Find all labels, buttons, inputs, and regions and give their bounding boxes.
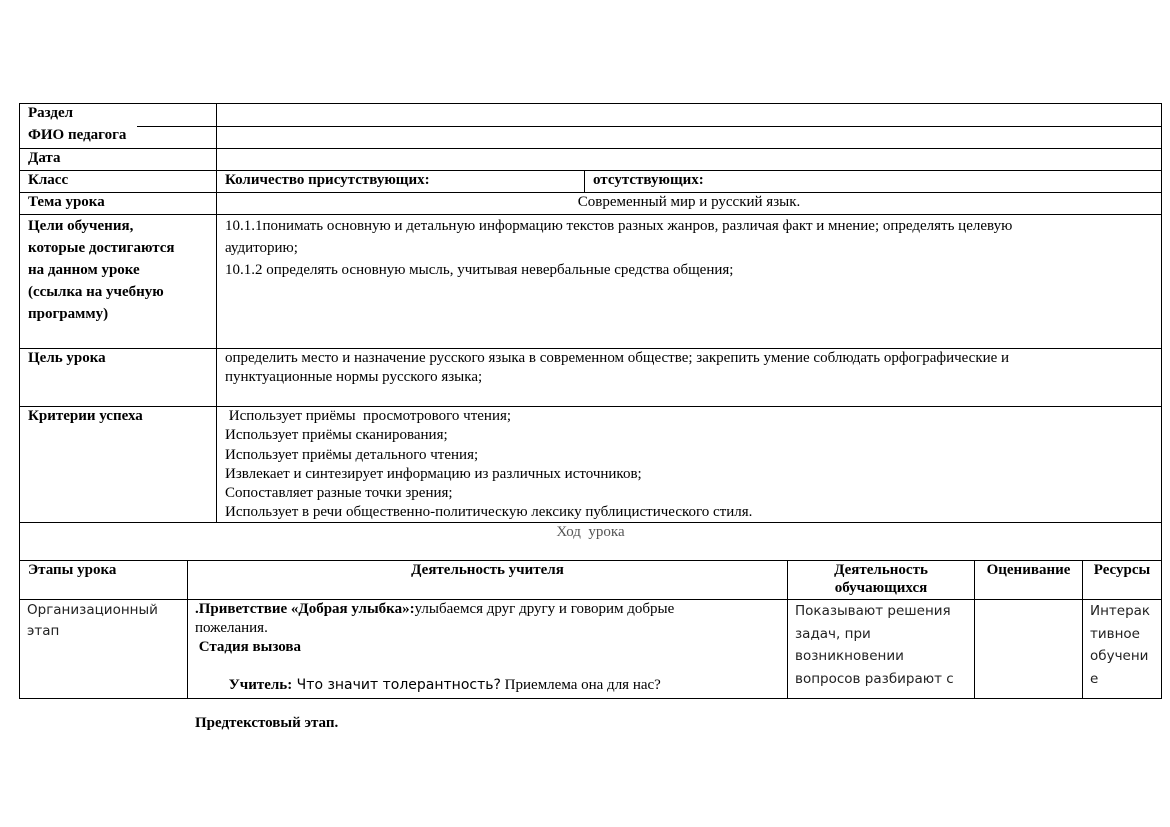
teacher-name-label: ФИО педагога xyxy=(28,126,126,145)
teacher-question-1: Что значит толерантность? xyxy=(292,677,501,693)
student-activity-cell: Показывают решения задач, при возникнове… xyxy=(795,600,954,690)
topic-label: Тема урока xyxy=(28,193,105,212)
criteria-item: Использует приёмы просмотрового чтения; xyxy=(225,407,752,426)
assessment-cell xyxy=(975,600,1082,698)
challenge-stage-heading: Стадия вызова xyxy=(195,638,785,657)
teacher-prompt-label: Учитель: xyxy=(225,677,292,693)
resources-cell: Интерак тивное обучени е xyxy=(1090,600,1150,690)
stage-name: Организационный этап xyxy=(27,600,158,642)
learning-goals-label: Цели обучения, которые достигаются на да… xyxy=(28,215,175,325)
criteria-item: Сопоставляет разные точки зрения; xyxy=(225,484,752,503)
header-student-activity: Деятельность обучающихся xyxy=(788,561,974,597)
success-criteria-list: Использует приёмы просмотрового чтения; … xyxy=(225,407,752,523)
criteria-item: Использует в речи общественно-политическ… xyxy=(225,503,752,522)
absent-count-label: отсутствующих: xyxy=(593,171,704,190)
greeting-text-cont: пожелания. xyxy=(195,619,785,638)
header-resources: Ресурсы xyxy=(1083,561,1161,580)
section-label: Раздел xyxy=(28,104,73,123)
teacher-activity-cell: .Приветствие «Добрая улыбка»:улыбаемся д… xyxy=(195,600,785,733)
greeting-text: улыбаемся друг другу и говорим добрые xyxy=(415,601,675,617)
teacher-name-field[interactable] xyxy=(217,127,1161,148)
criteria-item: Извлекает и синтезирует информацию из ра… xyxy=(225,465,752,484)
lesson-flow-heading: Ход урока xyxy=(20,523,1161,542)
topic-value: Современный мир и русский язык. xyxy=(217,193,1161,212)
header-teacher-activity: Деятельность учителя xyxy=(188,561,787,580)
date-label: Дата xyxy=(28,149,60,168)
learning-goals-text: 10.1.1понимать основную и детальную инфо… xyxy=(225,215,1012,281)
header-stages: Этапы урока xyxy=(28,561,116,580)
lesson-goal-label: Цель урока xyxy=(28,349,106,368)
date-field[interactable] xyxy=(217,149,1161,170)
lesson-goal-text: определить место и назначение русского я… xyxy=(225,349,1009,387)
header-assessment: Оценивание xyxy=(975,561,1082,580)
criteria-item: Использует приёмы детального чтения; xyxy=(225,446,752,465)
pretext-stage-heading: Предтекстовый этап. xyxy=(195,714,785,733)
teacher-question-2: Приемлема она для нас? xyxy=(501,677,661,693)
success-criteria-label: Критерии успеха xyxy=(28,407,143,426)
present-count-label: Количество присутствующих: xyxy=(225,171,430,190)
greeting-title: .Приветствие «Добрая улыбка»: xyxy=(195,601,415,617)
class-label: Класс xyxy=(28,171,68,190)
section-field[interactable] xyxy=(217,104,1161,125)
criteria-item: Использует приёмы сканирования; xyxy=(225,426,752,445)
